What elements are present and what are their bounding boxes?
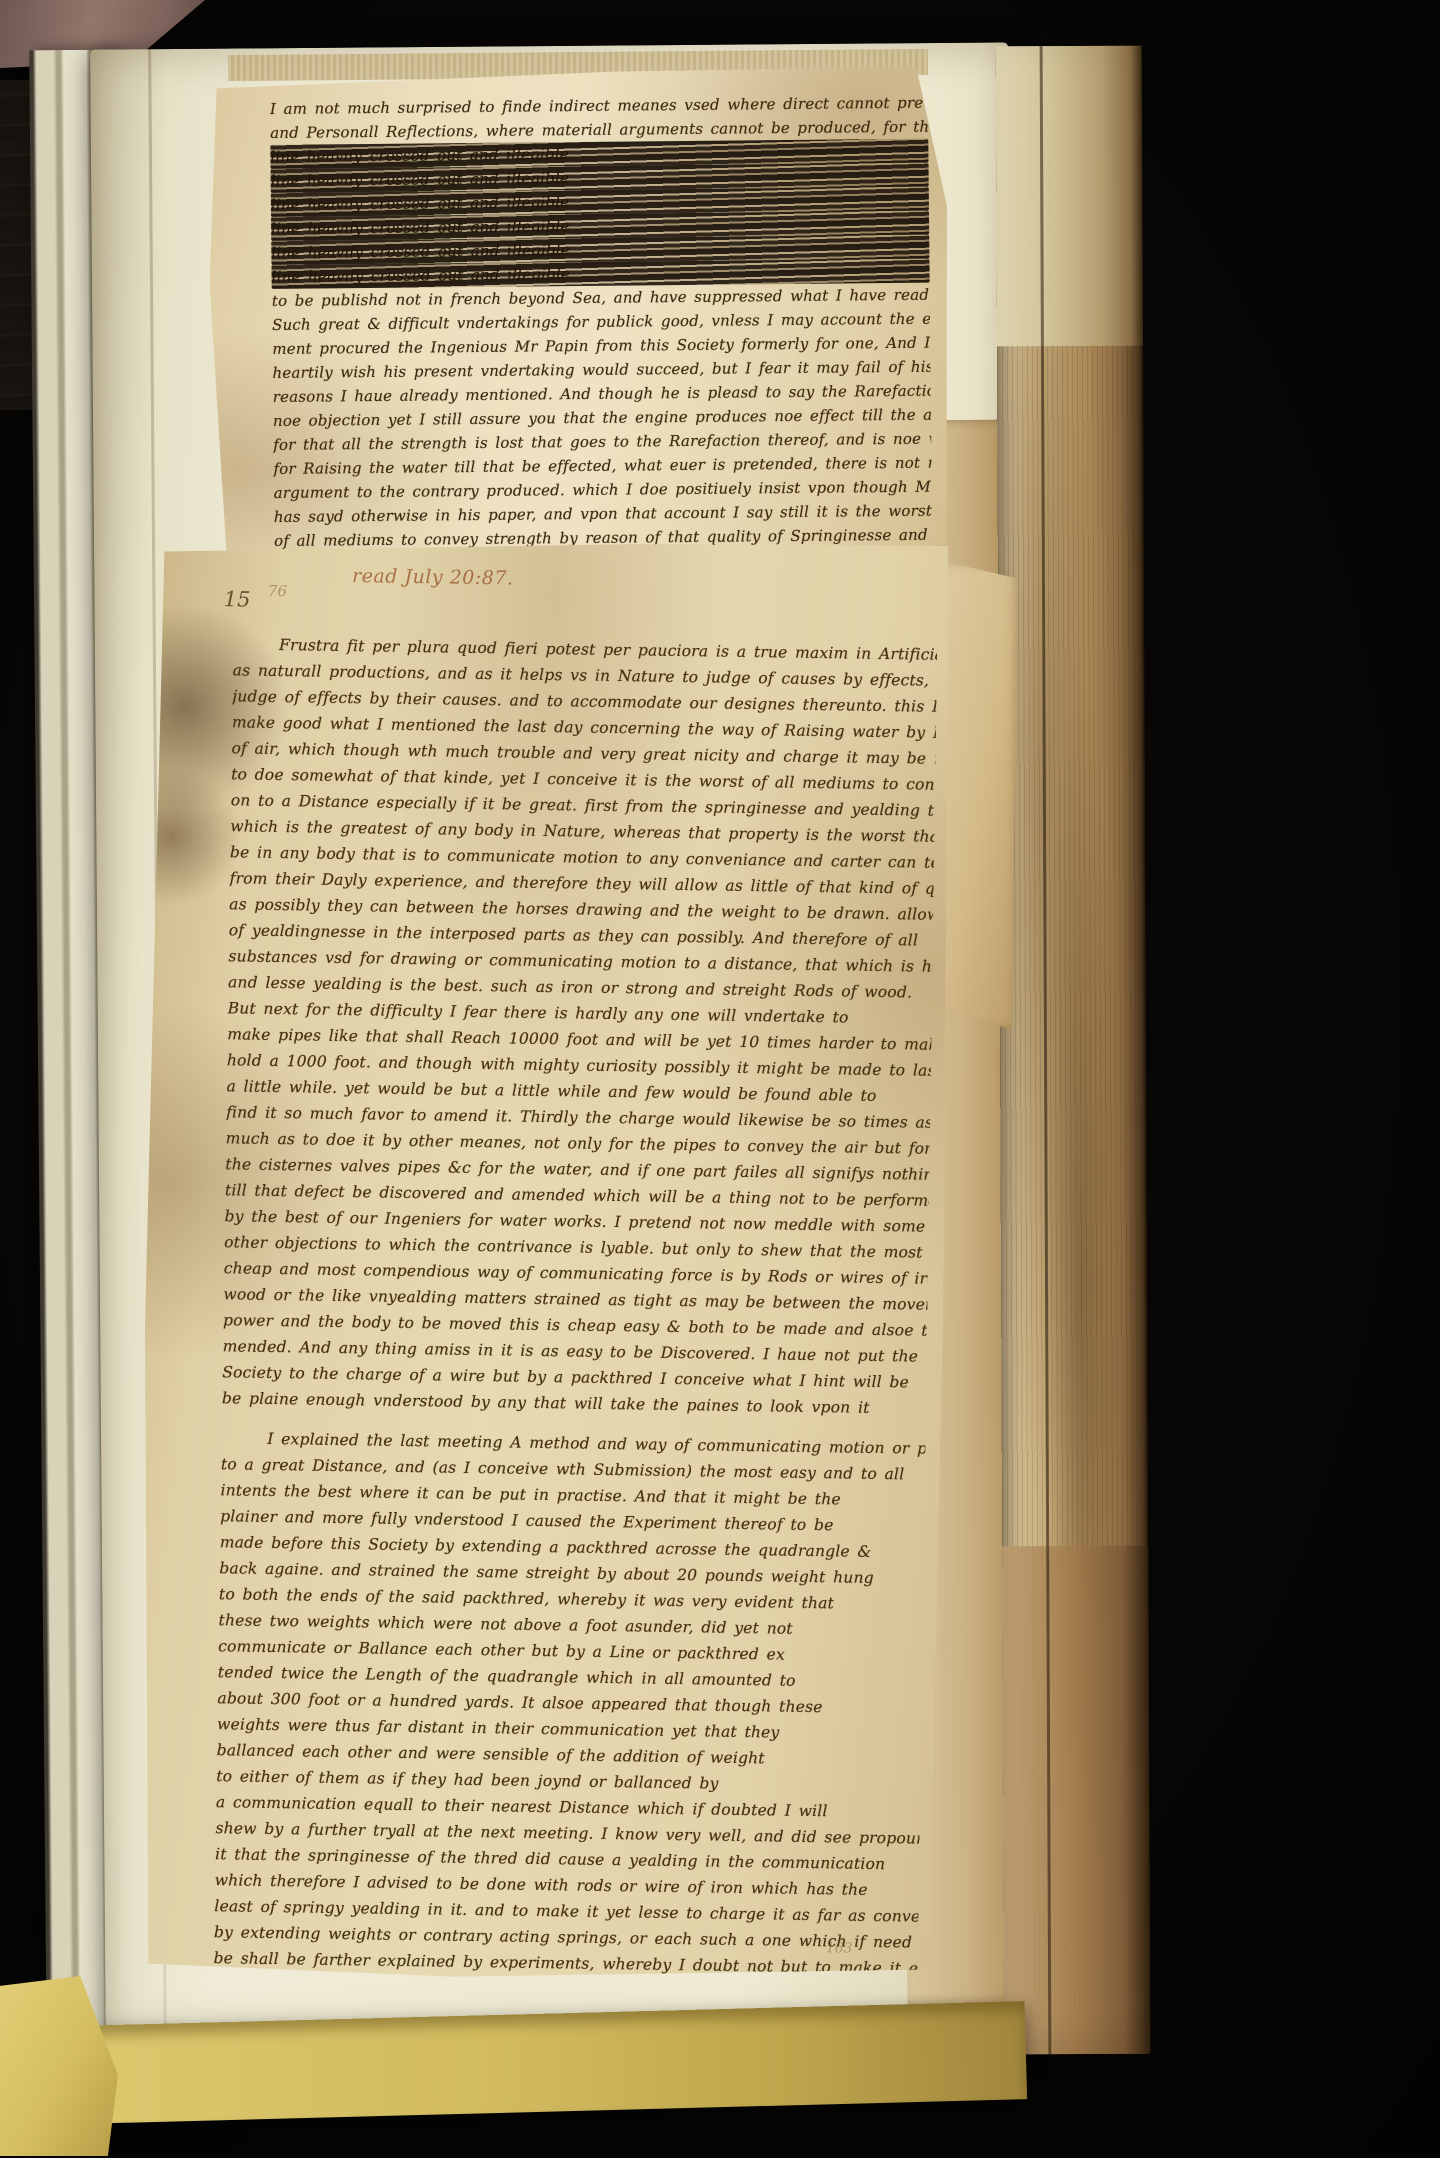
lower-sheet-text: Frustra fit per plura quod fieri potest … — [213, 631, 937, 1995]
fore-edge-bottom — [1002, 1546, 1150, 2055]
fore-edge-page-stack — [996, 46, 1151, 2055]
upper-sheet-text: I am not much surprised to finde indirec… — [270, 91, 932, 553]
upper-manuscript-sheet: I am not much surprised to finde indirec… — [208, 66, 951, 571]
fore-edge-top — [996, 46, 1143, 347]
paragraph-1: Frustra fit per plura quod fieri potest … — [222, 631, 937, 1421]
paragraph-2: I explained the last meeting A method an… — [213, 1425, 925, 1981]
lower-manuscript-sheet: read July 20:87. 76 15 163 Frustra fit p… — [135, 534, 954, 1984]
margin-number-faint: 76 — [268, 582, 287, 600]
date-annotation: read July 20:87. — [352, 565, 514, 589]
manuscript-photo: I am not much surprised to finde indirec… — [0, 0, 1440, 2158]
margin-page-number: 15 — [224, 587, 251, 611]
